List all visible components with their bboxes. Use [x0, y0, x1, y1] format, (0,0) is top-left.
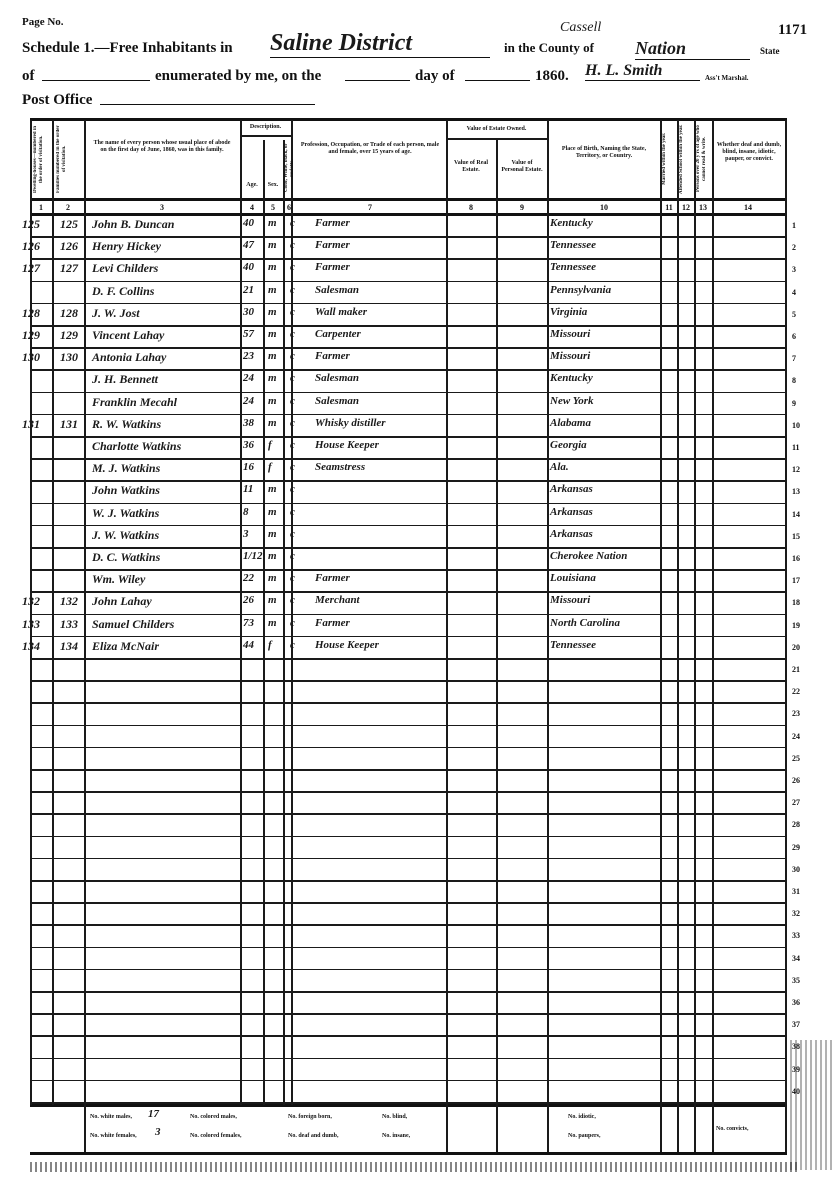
line-number: 25	[792, 754, 820, 763]
family-number: 128	[60, 306, 90, 321]
table-row: 129129Vincent Lahay57mcCarpenterMissouri	[30, 326, 787, 348]
birthplace: Pennsylvania	[550, 284, 680, 296]
table-row: Franklin Mecahl24mcSalesmanNew York	[30, 393, 787, 415]
occupation: Farmer	[315, 350, 450, 362]
person-name: Franklin Mecahl	[92, 395, 242, 410]
person-name: J. H. Bennett	[92, 372, 242, 387]
dwelling-number: 129	[22, 328, 52, 343]
line-number: 13	[792, 487, 820, 496]
page-no-label: Page No.	[22, 16, 64, 28]
color: c	[290, 395, 304, 407]
sex: m	[268, 239, 288, 251]
occupation: Carpenter	[315, 328, 450, 340]
sex: m	[268, 617, 288, 629]
district-name: Saline District	[270, 30, 490, 58]
sex: f	[268, 461, 288, 473]
table-row	[30, 837, 787, 859]
line-number: 9	[792, 399, 820, 408]
age: 24	[243, 395, 263, 407]
col-header-occupation: Profession, Occupation, or Trade of each…	[300, 142, 440, 156]
birthplace: Kentucky	[550, 217, 680, 229]
occupation: Salesman	[315, 372, 450, 384]
col-header-birthplace: Place of Birth, Naming the State, Territ…	[552, 146, 656, 160]
line-number: 29	[792, 843, 820, 852]
col-header-description: Description.	[240, 124, 291, 131]
person-name: John Watkins	[92, 483, 242, 498]
row-rule	[30, 1102, 787, 1104]
color: c	[290, 350, 304, 362]
footer-white-females-label: No. white females,	[90, 1133, 137, 1139]
stamp-top-right: Cassell	[560, 20, 601, 36]
sex: m	[268, 550, 288, 562]
col-header-sex: Sex.	[264, 182, 282, 189]
scan-noise-right	[790, 1040, 834, 1170]
person-name: D. C. Watkins	[92, 550, 242, 565]
dwelling-number: 131	[22, 417, 52, 432]
table-row: Wm. Wiley22mcFarmerLouisiana	[30, 570, 787, 592]
table-row	[30, 703, 787, 725]
col-num-7: 7	[360, 203, 380, 212]
color: c	[290, 461, 304, 473]
birthplace: Tennessee	[550, 261, 680, 273]
person-name: John Lahay	[92, 594, 242, 609]
line-number: 33	[792, 931, 820, 940]
state-label: State	[760, 46, 780, 56]
description-group-rule	[240, 135, 291, 137]
table-row: 132132John Lahay26mcMerchantMissouri	[30, 592, 787, 614]
person-name: D. F. Collins	[92, 284, 242, 299]
dwelling-number: 132	[22, 594, 52, 609]
table-row	[30, 659, 787, 681]
sex: m	[268, 284, 288, 296]
person-name: Wm. Wiley	[92, 572, 242, 587]
line-number: 19	[792, 621, 820, 630]
color: c	[290, 417, 304, 429]
occupation: Farmer	[315, 572, 450, 584]
table-row: 125125John B. Duncan40mcFarmerKentucky	[30, 215, 787, 237]
line-number: 20	[792, 643, 820, 652]
family-number: 127	[60, 261, 90, 276]
col-header-disability: Whether deaf and dumb, blind, insane, id…	[716, 142, 782, 163]
age: 30	[243, 306, 263, 318]
table-row: 127127Levi Childers40mcFarmerTennessee	[30, 259, 787, 281]
schedule-title: Schedule 1.—Free Inhabitants in	[22, 40, 233, 57]
table-row	[30, 1081, 787, 1103]
col-header-name: The name of every person whose usual pla…	[92, 140, 232, 154]
person-name: J. W. Watkins	[92, 528, 242, 543]
month-blank-field	[465, 80, 530, 81]
table-row	[30, 1036, 787, 1058]
footer-foreign-born-label: No. foreign born,	[288, 1114, 332, 1120]
family-number: 131	[60, 417, 90, 432]
color: c	[290, 284, 304, 296]
age: 3	[243, 528, 263, 540]
age: 26	[243, 594, 263, 606]
birthplace: Kentucky	[550, 372, 680, 384]
table-row	[30, 970, 787, 992]
birthplace: Tennessee	[550, 239, 680, 251]
footer-white-males-value: 17	[148, 1108, 159, 1120]
age: 22	[243, 572, 263, 584]
line-number: 18	[792, 598, 820, 607]
table-row	[30, 948, 787, 970]
sex: m	[268, 506, 288, 518]
col-num-2: 2	[58, 203, 78, 212]
col-num-9: 9	[512, 203, 532, 212]
sex: m	[268, 395, 288, 407]
table-row	[30, 814, 787, 836]
line-number: 1	[792, 221, 820, 230]
table-row	[30, 1059, 787, 1081]
person-name: Charlotte Watkins	[92, 439, 242, 454]
dwelling-number: 133	[22, 617, 52, 632]
occupation: Whisky distiller	[315, 417, 450, 429]
col-num-10: 10	[594, 203, 614, 212]
scan-noise-bottom	[30, 1162, 800, 1172]
sex: f	[268, 439, 288, 451]
dwelling-number: 130	[22, 350, 52, 365]
birthplace: New York	[550, 395, 680, 407]
color: c	[290, 617, 304, 629]
footer-paupers-label: No. paupers,	[568, 1133, 601, 1139]
birthplace: Georgia	[550, 439, 680, 451]
table-row	[30, 992, 787, 1014]
line-number: 22	[792, 687, 820, 696]
table-row	[30, 859, 787, 881]
col-header-school: Attended School within the year.	[679, 124, 693, 194]
sex: m	[268, 217, 288, 229]
person-name: Henry Hickey	[92, 239, 242, 254]
day-blank-field	[345, 80, 410, 81]
footer-insane-label: No. insane,	[382, 1133, 410, 1139]
col-num-14: 14	[738, 203, 758, 212]
footer-colored-females-label: No. colored females,	[190, 1133, 242, 1139]
line-number: 37	[792, 1020, 820, 1029]
birthplace: Virginia	[550, 306, 680, 318]
of-blank-field	[42, 80, 150, 81]
age: 73	[243, 617, 263, 629]
occupation: Farmer	[315, 261, 450, 273]
line-number: 35	[792, 976, 820, 985]
line-number: 4	[792, 288, 820, 297]
birthplace: Louisiana	[550, 572, 680, 584]
table-row	[30, 748, 787, 770]
table-row: 133133Samuel Childers73mcFarmerNorth Car…	[30, 615, 787, 637]
color: c	[290, 328, 304, 340]
col-num-13: 13	[693, 203, 713, 212]
table-bottom-rule	[30, 1104, 787, 1107]
person-name: Levi Childers	[92, 261, 242, 276]
sex: m	[268, 594, 288, 606]
age: 47	[243, 239, 263, 251]
birthplace: Tennessee	[550, 639, 680, 651]
table-row: 131131R. W. Watkins38mcWhisky distillerA…	[30, 415, 787, 437]
line-number: 27	[792, 798, 820, 807]
color: c	[290, 306, 304, 318]
table-row: 126126Henry Hickey47mcFarmerTennessee	[30, 237, 787, 259]
dwelling-number: 127	[22, 261, 52, 276]
col-num-4: 4	[242, 203, 262, 212]
age: 24	[243, 372, 263, 384]
col-header-illiterate: Persons over 20 y'rs of age who cannot r…	[696, 124, 711, 194]
age: 8	[243, 506, 263, 518]
post-office-label: Post Office	[22, 92, 92, 109]
table-row: W. J. Watkins8mcArkansas	[30, 504, 787, 526]
col-num-6: 6	[279, 203, 299, 212]
line-number: 10	[792, 421, 820, 430]
age: 23	[243, 350, 263, 362]
year-text: 1860.	[535, 68, 569, 85]
col-header-personal-estate: Value of Personal Estate.	[500, 160, 544, 174]
line-number: 15	[792, 532, 820, 541]
table-row	[30, 770, 787, 792]
color: c	[290, 239, 304, 251]
table-row	[30, 1014, 787, 1036]
occupation: Farmer	[315, 217, 450, 229]
post-office-field	[100, 104, 315, 105]
day-of-label: day of	[415, 68, 455, 85]
table-row: Charlotte Watkins36fcHouse KeeperGeorgia	[30, 437, 787, 459]
line-number: 31	[792, 887, 820, 896]
dwelling-number: 126	[22, 239, 52, 254]
line-number: 24	[792, 732, 820, 741]
table-row: 130130Antonia Lahay23mcFarmerMissouri	[30, 348, 787, 370]
age: 16	[243, 461, 263, 473]
col-num-3: 3	[152, 203, 172, 212]
occupation: Merchant	[315, 594, 450, 606]
col-header-real-estate: Value of Real Estate.	[450, 160, 492, 174]
color: c	[290, 506, 304, 518]
family-number: 133	[60, 617, 90, 632]
birthplace: North Carolina	[550, 617, 680, 629]
age: 36	[243, 439, 263, 451]
sex: f	[268, 639, 288, 651]
table-row	[30, 726, 787, 748]
line-number: 8	[792, 376, 820, 385]
col-num-8: 8	[461, 203, 481, 212]
sex: m	[268, 372, 288, 384]
line-number: 36	[792, 998, 820, 1007]
col-header-color: Color, White, black, or mulatto.	[284, 142, 290, 194]
occupation: Salesman	[315, 395, 450, 407]
birthplace: Ala.	[550, 461, 680, 473]
birthplace: Missouri	[550, 594, 680, 606]
line-number: 28	[792, 820, 820, 829]
person-name: John B. Duncan	[92, 217, 242, 232]
footer-white-males-label: No. white males,	[90, 1114, 132, 1120]
occupation: Seamstress	[315, 461, 450, 473]
table-row: J. H. Bennett24mcSalesmanKentucky	[30, 370, 787, 392]
person-name: Eliza McNair	[92, 639, 242, 654]
marshal-name: H. L. Smith	[585, 62, 700, 81]
family-number: 125	[60, 217, 90, 232]
col-header-married: Married within the year.	[662, 124, 676, 194]
line-number: 6	[792, 332, 820, 341]
birthplace: Alabama	[550, 417, 680, 429]
line-number: 7	[792, 354, 820, 363]
table-row: J. W. Watkins3mcArkansas	[30, 526, 787, 548]
age: 40	[243, 261, 263, 273]
marshal-label: Ass't Marshal.	[705, 74, 749, 82]
line-number: 32	[792, 909, 820, 918]
color: c	[290, 217, 304, 229]
person-name: W. J. Watkins	[92, 506, 242, 521]
occupation: Wall maker	[315, 306, 450, 318]
line-number: 21	[792, 665, 820, 674]
line-number: 17	[792, 576, 820, 585]
birthplace: Arkansas	[550, 483, 680, 495]
age: 11	[243, 483, 263, 495]
dwelling-number: 128	[22, 306, 52, 321]
birthplace: Missouri	[550, 328, 680, 340]
table-row: D. C. Watkins1/12mcCherokee Nation	[30, 548, 787, 570]
occupation: Farmer	[315, 617, 450, 629]
occupation: House Keeper	[315, 439, 450, 451]
color: c	[290, 528, 304, 540]
line-number: 34	[792, 954, 820, 963]
in-the-county-label: in the County of	[504, 40, 594, 56]
line-number: 14	[792, 510, 820, 519]
line-number: 16	[792, 554, 820, 563]
table-row	[30, 881, 787, 903]
sex: m	[268, 261, 288, 273]
color: c	[290, 372, 304, 384]
table-row: M. J. Watkins16fcSeamstressAla.	[30, 459, 787, 481]
dwelling-number: 134	[22, 639, 52, 654]
occupation: House Keeper	[315, 639, 450, 651]
line-number: 26	[792, 776, 820, 785]
table-row	[30, 925, 787, 947]
family-number: 134	[60, 639, 90, 654]
col-header-dwelling: Dwelling-houses—numbered in the order of…	[33, 124, 49, 194]
person-name: M. J. Watkins	[92, 461, 242, 476]
line-number: 3	[792, 265, 820, 274]
family-number: 129	[60, 328, 90, 343]
footer-colored-males-label: No. colored males,	[190, 1114, 237, 1120]
occupation: Farmer	[315, 239, 450, 251]
footer-idiotic-label: No. idiotic,	[568, 1114, 596, 1120]
family-number: 130	[60, 350, 90, 365]
occupation: Salesman	[315, 284, 450, 296]
footer-white-females-value: 3	[155, 1126, 161, 1138]
dwelling-number: 125	[22, 217, 52, 232]
enumerated-text: enumerated by me, on the	[155, 68, 321, 85]
birthplace: Arkansas	[550, 528, 680, 540]
color: c	[290, 594, 304, 606]
sex: m	[268, 528, 288, 540]
age: 38	[243, 417, 263, 429]
color: c	[290, 483, 304, 495]
person-name: Antonia Lahay	[92, 350, 242, 365]
table-row	[30, 903, 787, 925]
sex: m	[268, 328, 288, 340]
age: 57	[243, 328, 263, 340]
age: 1/12	[243, 550, 263, 562]
col-header-family: Families numbered in the order of visita…	[56, 124, 80, 194]
of-label: of	[22, 68, 35, 85]
table-row	[30, 792, 787, 814]
age: 44	[243, 639, 263, 651]
table-row	[30, 681, 787, 703]
county-name: Nation	[635, 38, 750, 60]
col-header-value-estate: Value of Estate Owned.	[446, 126, 547, 133]
footer-bottom-rule	[30, 1152, 787, 1155]
color: c	[290, 639, 304, 651]
birthplace: Arkansas	[550, 506, 680, 518]
table-row: 134134Eliza McNair44fcHouse KeeperTennes…	[30, 637, 787, 659]
color: c	[290, 261, 304, 273]
birthplace: Cherokee Nation	[550, 550, 680, 562]
age: 21	[243, 284, 263, 296]
sex: m	[268, 417, 288, 429]
footer-deaf-dumb-label: No. deaf and dumb,	[288, 1133, 339, 1139]
person-name: J. W. Jost	[92, 306, 242, 321]
sex: m	[268, 572, 288, 584]
person-name: R. W. Watkins	[92, 417, 242, 432]
table-row: John Watkins11mcArkansas	[30, 481, 787, 503]
sex: m	[268, 306, 288, 318]
family-number: 132	[60, 594, 90, 609]
header-bottom-rule	[30, 198, 787, 201]
line-number: 2	[792, 243, 820, 252]
col-num-1: 1	[31, 203, 51, 212]
birthplace: Missouri	[550, 350, 680, 362]
color: c	[290, 550, 304, 562]
person-name: Vincent Lahay	[92, 328, 242, 343]
color: c	[290, 439, 304, 451]
col-header-age: Age.	[242, 182, 262, 189]
person-name: Samuel Childers	[92, 617, 242, 632]
color: c	[290, 572, 304, 584]
age: 40	[243, 217, 263, 229]
line-number: 30	[792, 865, 820, 874]
page-number: 1171	[778, 22, 807, 39]
sex: m	[268, 483, 288, 495]
line-number: 12	[792, 465, 820, 474]
family-number: 126	[60, 239, 90, 254]
line-number: 5	[792, 310, 820, 319]
sex: m	[268, 350, 288, 362]
table-row: D. F. Collins21mcSalesmanPennsylvania	[30, 282, 787, 304]
footer-convicts-label: No. convicts,	[716, 1126, 749, 1132]
line-number: 11	[792, 443, 820, 452]
table-top-border	[30, 118, 787, 121]
footer-blind-label: No. blind,	[382, 1114, 407, 1120]
line-number: 23	[792, 709, 820, 718]
table-row: 128128J. W. Jost30mcWall makerVirginia	[30, 304, 787, 326]
